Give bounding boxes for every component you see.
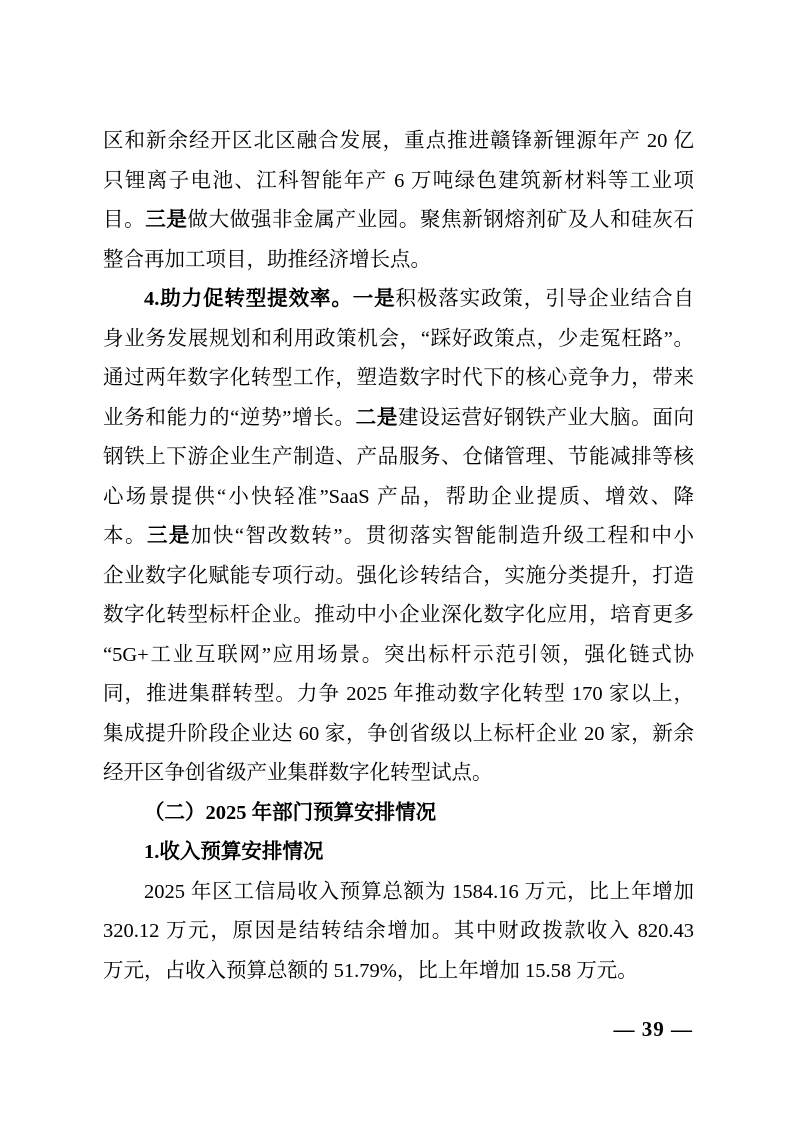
bold-text-segment: 1.收入预算安排情况	[144, 841, 323, 863]
text-line: 区和新余经开区北区融合发展，重点推进赣锋新锂源年产 20 亿	[103, 122, 694, 162]
text-line: 只锂离子电池、江科智能年产 6 万吨绿色建筑新材料等工业项	[103, 162, 694, 202]
text-line: 目。三是做大做强非金属产业园。聚焦新钢熔剂矿及人和硅灰石	[103, 201, 694, 241]
text-segment: 数字化转型标杆企业。推动中小企业深化数字化应用，培育更多	[103, 604, 694, 626]
text-segment: 目。	[103, 209, 145, 231]
text-line: 通过两年数字化转型工作，塑造数字时代下的核心竞争力，带来	[103, 359, 694, 399]
document-body: 区和新余经开区北区融合发展，重点推进赣锋新锂源年产 20 亿只锂离子电池、江科智…	[103, 122, 694, 991]
text-segment: 集成提升阶段企业达 60 家，争创省级以上标杆企业 20 家，新余	[103, 723, 694, 745]
text-segment: 钢铁上下游企业生产制造、产品服务、仓储管理、节能减排等核	[103, 446, 694, 468]
section-heading: （二）2025 年部门预算安排情况	[103, 794, 694, 834]
text-line: “5G+工业互联网”应用场景。突出标杆示范引领，强化链式协	[103, 636, 694, 676]
text-segment: 积极落实政策，引导企业结合自	[396, 288, 695, 310]
bold-text-segment: 三是	[145, 209, 187, 231]
text-line: 同，推进集群转型。力争 2025 年推动数字化转型 170 家以上，	[103, 675, 694, 715]
text-line: 业务和能力的“逆势”增长。二是建设运营好钢铁产业大脑。面向	[103, 399, 694, 439]
text-segment: 320.12 万元，原因是结转结余增加。其中财政拨款收入 820.43	[103, 920, 694, 942]
text-line: 万元，占收入预算总额的 51.79%，比上年增加 15.58 万元。	[103, 952, 694, 992]
text-segment: 只锂离子电池、江科智能年产 6 万吨绿色建筑新材料等工业项	[103, 170, 694, 192]
text-line: 本。三是加快“智改数转”。贯彻落实智能制造升级工程和中小	[103, 517, 694, 557]
text-line: 320.12 万元，原因是结转结余增加。其中财政拨款收入 820.43	[103, 912, 694, 952]
text-segment: 整合再加工项目，助推经济增长点。	[103, 249, 431, 271]
bold-text-segment: （二）2025 年部门预算安排情况	[144, 802, 436, 824]
text-segment: 万元，占收入预算总额的 51.79%，比上年增加 15.58 万元。	[103, 960, 638, 982]
text-segment: 加快“智改数转”。贯彻落实智能制造升级工程和中小	[191, 525, 694, 547]
text-segment: 做大做强非金属产业园。聚焦新钢熔剂矿及人和硅灰石	[188, 209, 694, 231]
bold-text-segment: 二是	[356, 407, 398, 429]
text-segment: 经开区争创省级产业集群数字化转型试点。	[103, 762, 493, 784]
text-segment: 2025 年区工信局收入预算总额为 1584.16 万元，比上年增加	[144, 881, 694, 903]
text-segment: 本。	[103, 525, 147, 547]
text-line: 整合再加工项目，助推经济增长点。	[103, 241, 694, 281]
text-line: 心场景提供“小快轻准”SaaS 产品，帮助企业提质、增效、降	[103, 478, 694, 518]
text-line: 2025 年区工信局收入预算总额为 1584.16 万元，比上年增加	[103, 873, 694, 913]
page-number: — 39 —	[614, 1014, 694, 1044]
text-segment: 区和新余经开区北区融合发展，重点推进赣锋新锂源年产 20 亿	[103, 130, 694, 152]
text-segment: “5G+工业互联网”应用场景。突出标杆示范引领，强化链式协	[103, 644, 694, 666]
text-line: 数字化转型标杆企业。推动中小企业深化数字化应用，培育更多	[103, 596, 694, 636]
text-segment: 心场景提供“小快轻准”SaaS 产品，帮助企业提质、增效、降	[103, 486, 694, 508]
text-segment: 同，推进集群转型。力争 2025 年推动数字化转型 170 家以上，	[103, 683, 694, 705]
text-line: 4.助力促转型提效率。一是积极落实政策，引导企业结合自	[103, 280, 694, 320]
text-line: 钢铁上下游企业生产制造、产品服务、仓储管理、节能减排等核	[103, 438, 694, 478]
text-line: 经开区争创省级产业集群数字化转型试点。	[103, 754, 694, 794]
text-segment: 通过两年数字化转型工作，塑造数字时代下的核心竞争力，带来	[103, 367, 694, 389]
text-segment: 建设运营好钢铁产业大脑。面向	[398, 407, 694, 429]
bold-text-segment: 4.助力促转型提效率。一是	[144, 288, 396, 310]
subsection-heading: 1.收入预算安排情况	[103, 833, 694, 873]
text-segment: 业务和能力的“逆势”增长。	[103, 407, 356, 429]
text-segment: 身业务发展规划和利用政策机会，“踩好政策点，少走冤枉路”。	[103, 328, 694, 350]
text-segment: 企业数字化赋能专项行动。强化诊转结合，实施分类提升，打造	[103, 565, 694, 587]
text-line: 企业数字化赋能专项行动。强化诊转结合，实施分类提升，打造	[103, 557, 694, 597]
bold-text-segment: 三是	[147, 525, 191, 547]
document-page: 区和新余经开区北区融合发展，重点推进赣锋新锂源年产 20 亿只锂离子电池、江科智…	[0, 0, 793, 1122]
text-line: 身业务发展规划和利用政策机会，“踩好政策点，少走冤枉路”。	[103, 320, 694, 360]
text-line: 集成提升阶段企业达 60 家，争创省级以上标杆企业 20 家，新余	[103, 715, 694, 755]
